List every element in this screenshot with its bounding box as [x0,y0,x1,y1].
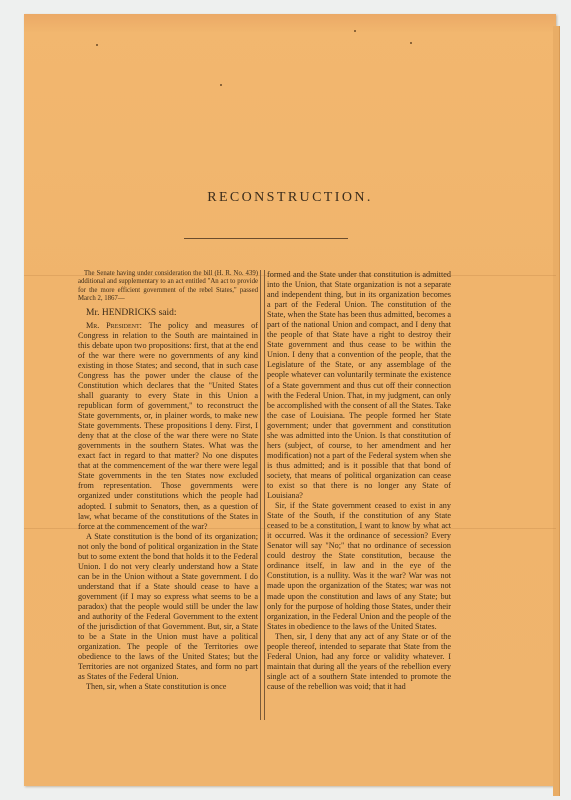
document-page: RECONSTRUCTION. The Senate having under … [24,14,556,786]
speaker-heading: Mr. HENDRICKS said: [86,308,258,318]
paragraph: Then, sir, when a State constitution is … [78,682,258,692]
paragraph-text: The policy and measures of Congress in r… [78,321,258,531]
paragraph: Mr. President: The policy and measures o… [78,321,258,532]
preamble: The Senate having under consideration th… [78,270,258,304]
column-divider [260,270,265,720]
paragraph: A State constitution is the bond of its … [78,532,258,683]
left-column: The Senate having under consideration th… [78,270,258,692]
paper-spot [96,44,98,46]
page-edge [553,26,560,796]
title-rule [184,238,348,239]
paragraph: formed and the State under that constitu… [267,270,451,501]
paper-spot [220,84,222,86]
document-title: RECONSTRUCTION. [24,190,556,206]
paragraph: Sir, if the State government ceased to e… [267,501,451,632]
paragraph: Then, sir, I deny that any act of any St… [267,632,451,692]
right-column: formed and the State under that constitu… [267,270,451,692]
paper-spot [354,30,356,32]
paper-spot [410,42,412,44]
salutation: Mr. President: [86,321,142,330]
